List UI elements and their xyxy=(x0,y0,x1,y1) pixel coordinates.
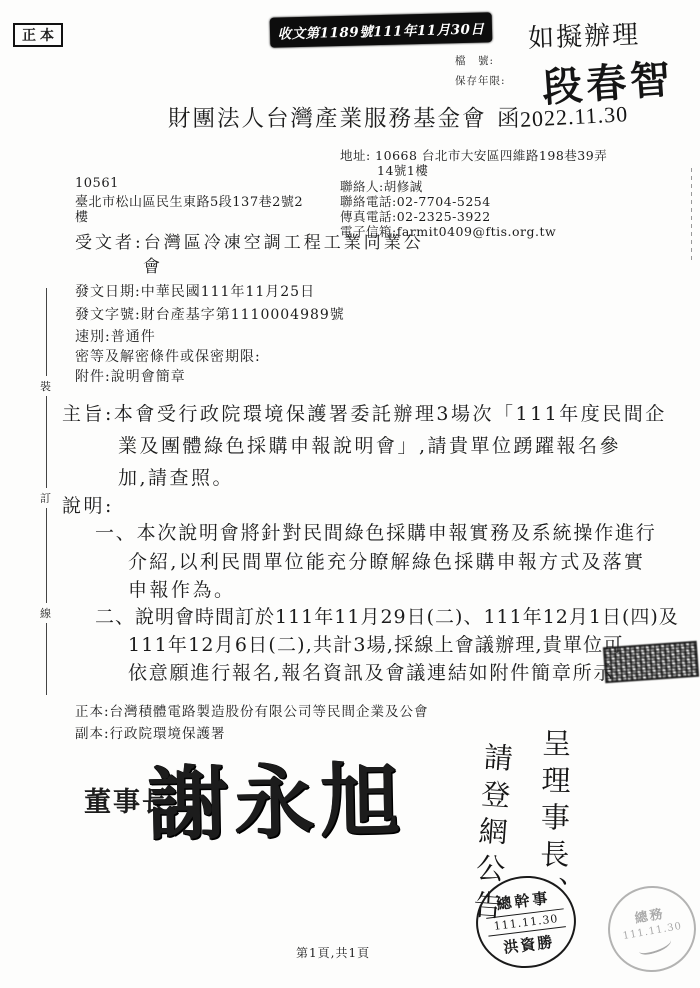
recipient-to-line1: 受文者:台灣區冷凍空調工程工業同業公 xyxy=(75,228,424,253)
meta-priority: 速別:普通件 xyxy=(75,326,156,346)
receipt-stamp-text: 收文第1189號111年11月30日 xyxy=(277,17,484,42)
copy-type-box: 正本 xyxy=(13,23,63,47)
stamp-name: 洪資勝 xyxy=(502,930,555,957)
meta-doc-number: 發文字號:財台產基字第1110004989號 xyxy=(75,304,345,324)
faint-round-stamp: 總務 111.11.30 xyxy=(601,879,700,979)
subject-line-3: 加,請查照。 xyxy=(118,463,234,490)
handwritten-approval-note: 如擬辦理 xyxy=(527,14,640,55)
recipient-zip: 10561 xyxy=(75,176,119,191)
explanation-heading: 說明: xyxy=(62,491,114,518)
explanation-line-6: 依意願進行報名,報名資訊及會議連結如附件簡章所示 xyxy=(128,658,614,685)
meta-security: 密等及解密條件或保密期限: xyxy=(75,346,261,366)
copy-type-label: 正本 xyxy=(22,25,58,45)
explanation-line-1: 一、本次說明會將針對民間綠色採購申報實務及系統操作進行 xyxy=(95,518,657,545)
subject-line-1: 主旨:本會受行政院環境保護署委託辦理3場次「111年度民間企 xyxy=(62,399,667,426)
scanned-letter-page: 正本 收文第1189號111年11月30日 檔 號: 保存年限: 如擬辦理 段春… xyxy=(0,0,700,988)
explanation-line-4: 二、說明會時間訂於111年11月29日(二)、111年12月1日(四)及 xyxy=(95,602,679,629)
chairman-calligraphic-signature: 謝永旭 xyxy=(147,736,407,855)
handwritten-note-submit-to-chairman: 呈理事長、 xyxy=(532,728,576,899)
binding-mark-ding: 訂 xyxy=(40,488,51,508)
file-number-label: 檔 號: xyxy=(455,53,494,68)
receipt-date-stamp: 收文第1189號111年11月30日 xyxy=(270,12,493,47)
document-type-label: 函 xyxy=(497,101,520,133)
meta-attachment: 附件:說明會簡章 xyxy=(75,366,186,386)
smudged-ink-stamp xyxy=(603,641,699,683)
meta-issue-date: 發文日期:中華民國111年11月25日 xyxy=(75,281,315,301)
binding-mark-zhuang: 裝 xyxy=(40,376,51,396)
explanation-line-3: 申報作為。 xyxy=(128,575,236,602)
binding-mark-xian: 線 xyxy=(40,603,51,623)
recipient-address-line2: 樓 xyxy=(75,206,89,225)
handwritten-approval-date: 2022.11.30 xyxy=(519,101,628,133)
subject-line-2: 業及團體綠色採購申報說明會」,請貴單位踴躍報名參 xyxy=(118,431,621,458)
organization-title: 財團法人台灣產業服務基金會 xyxy=(168,101,487,133)
distribution-original: 正本:台灣積體電路製造股份有限公司等民間企業及公會 xyxy=(75,700,429,720)
explanation-line-2: 介紹,以利民間單位能充分瞭解綠色採購申報方式及落實 xyxy=(128,547,645,574)
page-number-footer: 第1頁,共1頁 xyxy=(296,944,370,961)
recipient-address-line1: 臺北市松山區民生東路5段137巷2號2 xyxy=(75,191,303,210)
scan-artifact-line xyxy=(691,168,692,260)
recipient-to-line2: 會 xyxy=(143,252,163,277)
explanation-line-5: 111年12月6日(二),共計3場,採線上會議辦理,貴單位可 xyxy=(128,630,624,657)
retention-label: 保存年限: xyxy=(455,73,506,88)
